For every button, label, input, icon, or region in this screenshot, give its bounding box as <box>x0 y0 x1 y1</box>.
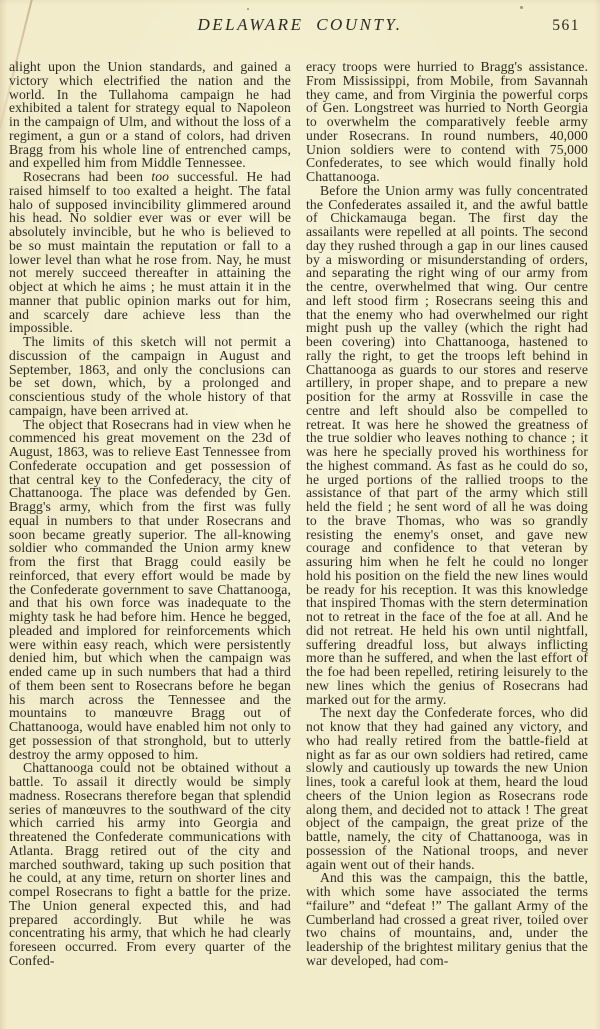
page-number: 561 <box>552 17 580 35</box>
paragraph: The object that Rosecrans had in view wh… <box>9 418 291 762</box>
text-column-left: alight upon the Union standards, and gai… <box>9 60 291 968</box>
paragraph: The limits of this sketch will not permi… <box>9 335 291 418</box>
paragraph: Before the Union army was fully concentr… <box>306 184 588 707</box>
page: DELAWARE COUNTY. 561 alight upon the Uni… <box>0 0 600 1029</box>
paragraph: Chattanooga could not be obtained withou… <box>9 761 291 967</box>
text-column-right: eracy troops were hurried to Bragg's ass… <box>306 60 588 968</box>
paragraph: The next day the Confederate forces, who… <box>306 706 588 871</box>
page-header: DELAWARE COUNTY. 561 <box>0 0 600 55</box>
paragraph: alight upon the Union standards, and gai… <box>9 60 291 170</box>
paragraph: Rosecrans had been too successful. He ha… <box>9 170 291 335</box>
paragraph: eracy troops were hurried to Bragg's ass… <box>306 60 588 184</box>
running-head-title: DELAWARE COUNTY. <box>0 15 600 35</box>
paragraph: And this was the campaign, this the batt… <box>306 871 588 967</box>
page-body: alight upon the Union standards, and gai… <box>0 55 600 968</box>
